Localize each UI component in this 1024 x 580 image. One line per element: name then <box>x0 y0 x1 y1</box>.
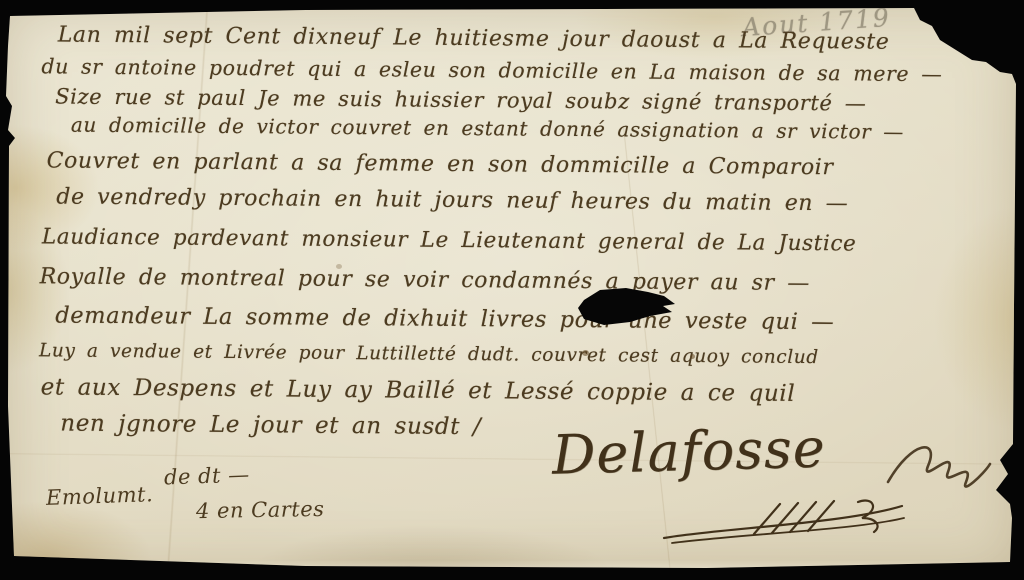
scanned-manuscript-photo: Aout 1719 Lan mil sept Cent dixneuf Le h… <box>0 0 1024 580</box>
ink-blot <box>690 354 695 359</box>
manuscript-line: Laudiance pardevant monsieur Le Lieutena… <box>42 224 857 256</box>
manuscript-line: au domicille de victor couvret en estant… <box>71 113 904 144</box>
ink-blot <box>582 350 589 356</box>
manuscript-line: nen jgnore Le jour et an susdt / <box>60 410 481 440</box>
manuscript-line: du sr antoine poudret qui a esleu son do… <box>41 54 942 86</box>
manuscript-line: Royalle de montreal pour se voir condamn… <box>40 264 810 296</box>
manuscript-line: et aux Despens et Luy ay Baillé et Lessé… <box>41 374 796 407</box>
manuscript-line: Luy a vendue et Livrée pour Luttilletté … <box>39 340 819 368</box>
manuscript-line: demandeur La somme de dixhuit livres pou… <box>55 302 834 335</box>
manuscript-text-block: Lan mil sept Cent dixneuf Le huitiesme j… <box>1 6 1018 580</box>
fee-note-amount: 4 en Cartes <box>196 497 325 523</box>
manuscript-line: Size rue st paul Je me suis huissier roy… <box>55 84 866 115</box>
signature-flourish <box>884 434 994 504</box>
ink-blot <box>336 264 342 269</box>
paper-sheet: Aout 1719 Lan mil sept Cent dixneuf Le h… <box>6 6 1018 574</box>
manuscript-line: Couvret en parlant a sa femme en son dom… <box>47 148 834 180</box>
fee-note-label: Emolumt. <box>46 482 154 510</box>
signature-paraph-flourish <box>662 496 906 544</box>
fee-note-superscript: de dt — <box>164 463 250 490</box>
signature-delafosse: Delafosse <box>551 416 826 486</box>
manuscript-line: Lan mil sept Cent dixneuf Le huitiesme j… <box>58 22 890 54</box>
manuscript-line: de vendredy prochain en huit jours neuf … <box>56 184 848 216</box>
